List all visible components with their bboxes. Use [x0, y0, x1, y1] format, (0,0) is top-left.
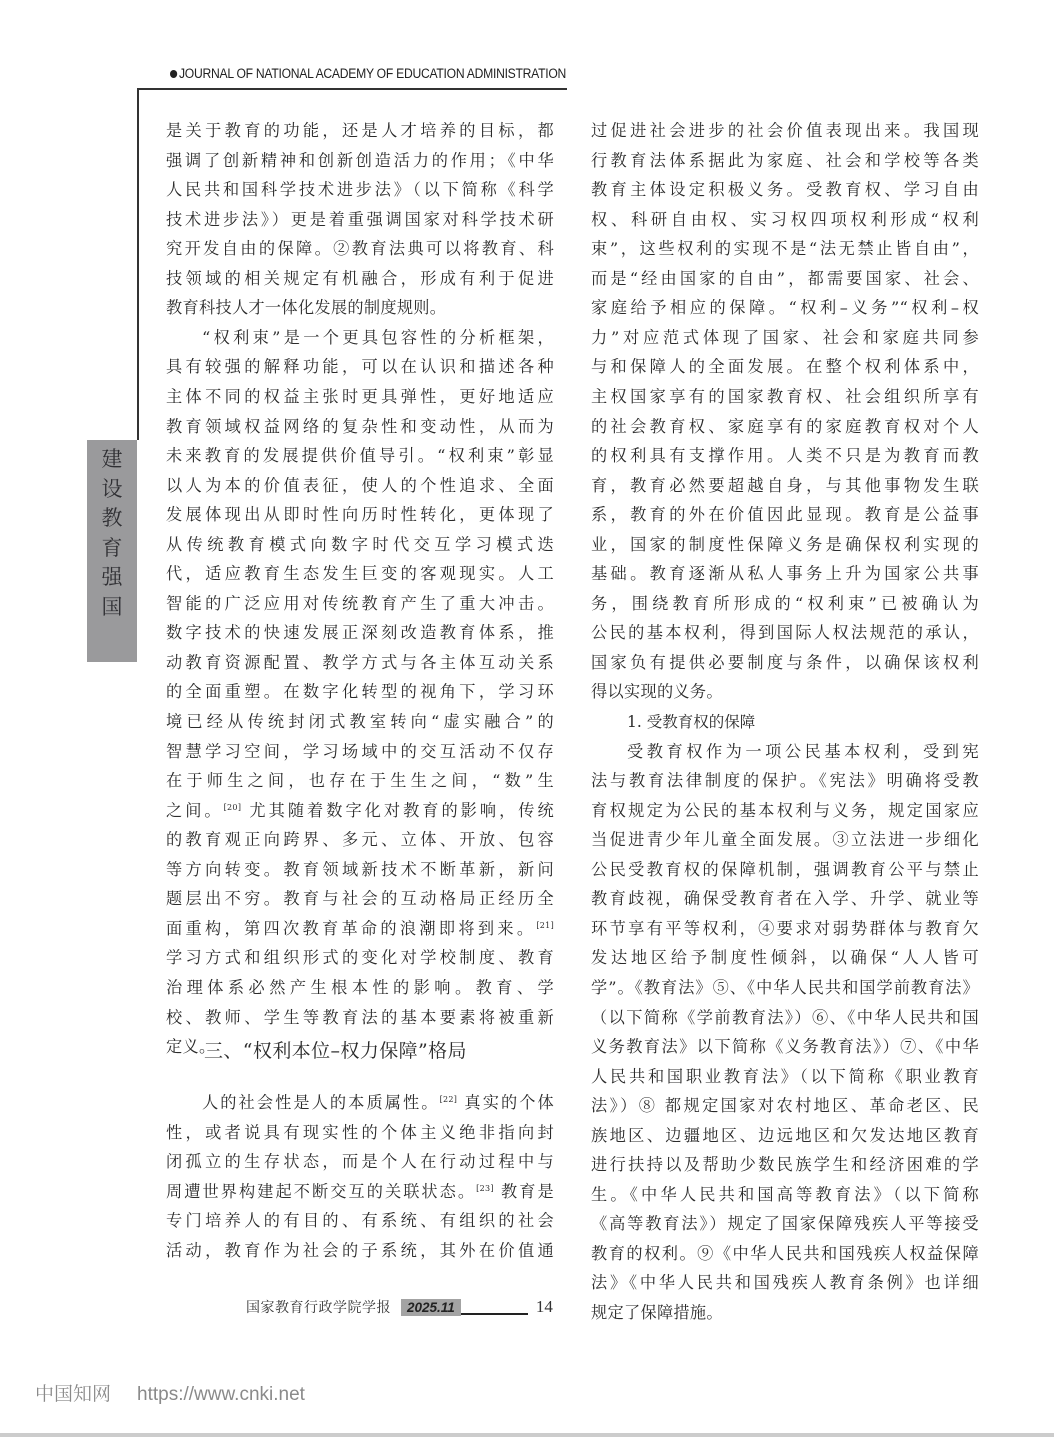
text-line: 教育科技人才一体化发展的制度规则。 [166, 295, 554, 321]
text-line: 义务教育法》以下简称《义务教育法》）⑦、《中华 [591, 1034, 979, 1060]
text-line: 从传统教育模式向数字时代交互学习模式迭 [166, 532, 554, 558]
text-line: 校、教师、学生等教育法的基本要素将被重新 [166, 1005, 554, 1031]
text-line: 育权规定为公民的基本权利与义务，规定国家应 [591, 798, 979, 824]
text-line: 权、科研自由权、实习权四项权利形成“权利 [591, 207, 979, 233]
text-line: 学”。《教育法》⑤、《中华人民共和国学前教育法》 [591, 975, 979, 1001]
text-line: 究开发自由的保障。②教育法典可以将教育、科 [166, 236, 554, 262]
text-line: 闭孤立的生存状态，而是个人在行动过程中与 [166, 1149, 554, 1175]
text-line: 等方向转变。教育领域新技术不断革新，新问 [166, 857, 554, 883]
text-line: 法》《中华人民共和国残疾人教育条例》也详细 [591, 1270, 979, 1296]
citation-ref[interactable]: [21] [536, 921, 554, 930]
side-tab-char: 强 [102, 563, 123, 593]
text-line: 面重构，第四次教育革命的浪潮即将到来。[21] [166, 916, 554, 942]
text-line: 基础。教育逐渐从私人事务上升为国家公共事 [591, 561, 979, 587]
text-line: 性，或者说具有现实性的个体主义绝非指向封 [166, 1120, 554, 1146]
text-line: 智慧学习空间，学习场域中的交互活动不仅存 [166, 739, 554, 765]
text-line: 代，适应教育生态发生巨变的客观现实。人工 [166, 561, 554, 587]
text-line: 《高等教育法》）规定了国家保障残疾人平等接受 [591, 1211, 979, 1237]
bullet-icon [170, 70, 177, 78]
text-line: 国家负有提供必要制度与条件，以确保该权利 [591, 650, 979, 676]
text-line: 活动，教育作为社会的子系统，其外在价值通 [166, 1238, 554, 1264]
text-line: 发展体现出从即时性向历时性转化，更体现了 [166, 502, 554, 528]
text-line: 主权国家享有的国家教育权、社会组织所享有 [591, 384, 979, 410]
section-heading: 三、“权利本位–权力保障”格局 [204, 1036, 467, 1063]
text-line: 未来教育的发展提供价值导引。“权利束”彰显 [166, 443, 554, 469]
text-line: 之间。[20] 尤其随着数字化对教育的影响，传统 [166, 798, 554, 824]
text-line: 技领域的相关规定有机融合，形成有利于促进 [166, 266, 554, 292]
text-line: 发达地区给予制度性倾斜，以确保“人人皆可 [591, 945, 979, 971]
text-line: 治理体系必然产生根本性的影响。教育、学 [166, 975, 554, 1001]
sub-heading: 1. 受教育权的保障 [627, 709, 979, 735]
text-line: 系，教育的外在价值因此显现。教育是公益事 [591, 502, 979, 528]
text-line: 教育主体设定积极义务。受教育权、学习自由 [591, 177, 979, 203]
text-line: 与和保障人的全面发展。在整个权利体系中， [591, 354, 979, 380]
text-line: 业，国家的制度性保障义务是确保权利实现的 [591, 532, 979, 558]
text-line: 进行扶持以及帮助少数民族学生和经济困难的学 [591, 1152, 979, 1178]
side-tab-char: 建 [102, 445, 123, 475]
text-line: 动教育资源配置、教学方式与各主体互动关系 [166, 650, 554, 676]
page-footer: 国家教育行政学院学报 2025.11 14 [246, 1296, 553, 1318]
text-line: 主体不同的权益主张时更具弹性，更好地适应 [166, 384, 554, 410]
cnki-watermark: 中国知网https://www.cnki.net [35, 1379, 305, 1406]
text-line: 的全面重塑。在数字化转型的视角下，学习环 [166, 679, 554, 705]
citation-ref[interactable]: [20] [224, 803, 242, 812]
text-line: 教育的权利。⑨《中华人民共和国残疾人权益保障 [591, 1241, 979, 1267]
text-line: 专门培养人的有目的、有系统、有组织的社会 [166, 1208, 554, 1234]
text-line: 法》）⑧ 都规定国家对农村地区、革命老区、民 [591, 1093, 979, 1119]
viewer-bottom-bar [0, 1433, 1054, 1437]
text-line: 务，围绕教育所形成的“权利束”已被确认为 [591, 591, 979, 617]
text-line: 族地区、边疆地区、边远地区和欠发达地区教育 [591, 1123, 979, 1149]
text-line: 束”，这些权利的实现不是“法无禁止皆自由”， [591, 236, 979, 262]
text-line: 育，教育必然要超越自身，与其他事物发生联 [591, 473, 979, 499]
journal-title: JOURNAL OF NATIONAL ACADEMY OF EDUCATION… [179, 66, 566, 81]
text-line: 以人为本的价值表征，使人的个性追求、全面 [166, 473, 554, 499]
text-line: 是关于教育的功能，还是人才培养的目标，都 [166, 118, 554, 144]
side-tab-char: 设 [102, 475, 123, 505]
text-line: 的社会教育权、家庭享有的家庭教育权对个人 [591, 414, 979, 440]
text-line: 受教育权作为一项公民基本权利，受到宪 [591, 739, 979, 765]
footer-journal-name: 国家教育行政学院学报 [246, 1297, 391, 1317]
text-line: 过促进社会进步的社会价值表现出来。我国现 [591, 118, 979, 144]
text-line: 人的社会性是人的本质属性。[22] 真实的个体 [166, 1090, 554, 1116]
side-tab-char: 教 [102, 504, 123, 534]
text-line: 家庭给予相应的保障。“权利–义务”“权利–权 [591, 295, 979, 321]
side-tab-char: 国 [102, 593, 123, 623]
text-line: 周遭世界构建起不断交互的关联状态。[23] 教育是 [166, 1179, 554, 1205]
text-line: 公民受教育权的保障机制，强调教育公平与禁止 [591, 857, 979, 883]
watermark-site-name: 中国知网 [35, 1383, 111, 1405]
text-line: 当促进青少年儿童全面发展。③立法进一步细化 [591, 827, 979, 853]
text-line: 环节享有平等权利，④要求对弱势群体与教育欠 [591, 916, 979, 942]
citation-ref[interactable]: [22] [440, 1095, 458, 1104]
text-line: 行教育法体系据此为家庭、社会和学校等各类 [591, 148, 979, 174]
text-line: 人民共和国职业教育法》（以下简称《职业教育 [591, 1064, 979, 1090]
page-number: 14 [536, 1297, 553, 1317]
margin-rule [137, 88, 139, 440]
watermark-url[interactable]: https://www.cnki.net [137, 1384, 305, 1405]
text-line: 数字技术的快速发展正深刻改造教育体系，推 [166, 620, 554, 646]
footer-issue-badge: 2025.11 [401, 1299, 461, 1316]
text-line: 人民共和国科学技术进步法》（以下简称《科学 [166, 177, 554, 203]
text-line: 在于师生之间，也存在于生生之间，“数”生 [166, 768, 554, 794]
text-line: 智能的广泛应用对传统教育产生了重大冲击。 [166, 591, 554, 617]
side-tab-char: 育 [102, 534, 123, 564]
text-line: 的权利具有支撑作用。人类不只是为教育而教 [591, 443, 979, 469]
text-line: 教育歧视，确保受教育者在入学、升学、就业等 [591, 886, 979, 912]
header-rule [137, 88, 567, 90]
text-line: 题层出不穷。教育与社会的互动格局正经历全 [166, 886, 554, 912]
journal-header: JOURNAL OF NATIONAL ACADEMY OF EDUCATION… [170, 66, 566, 81]
text-line: 力”对应范式体现了国家、社会和家庭共同参 [591, 325, 979, 351]
text-line: 公民的基本权利，得到国际人权法规范的承认， [591, 620, 979, 646]
footer-rule [461, 1313, 528, 1315]
text-line: “权利束”是一个更具包容性的分析框架， [166, 325, 554, 351]
text-line: 而是“经由国家的自由”，都需要国家、社会、 [591, 266, 979, 292]
text-line: （以下简称《学前教育法》）⑥、《中华人民共和国 [591, 1005, 979, 1031]
side-tab-label: 建设教育强国 [87, 445, 137, 622]
text-line: 生。《中华人民共和国高等教育法》（以下简称 [591, 1182, 979, 1208]
text-line: 境已经从传统封闭式教室转向“虚实融合”的 [166, 709, 554, 735]
text-line: 得以实现的义务。 [591, 679, 979, 705]
text-line: 学习方式和组织形式的变化对学校制度、教育 [166, 945, 554, 971]
text-line: 具有较强的解释功能，可以在认识和描述各种 [166, 354, 554, 380]
text-line: 技术进步法》）更是着重强调国家对科学技术研 [166, 207, 554, 233]
citation-ref[interactable]: [23] [476, 1184, 494, 1193]
text-line: 强调了创新精神和创新创造活力的作用；《中华 [166, 148, 554, 174]
text-line: 法与教育法律制度的保护。《宪法》明确将受教 [591, 768, 979, 794]
text-line: 教育领域权益网络的复杂性和变动性，从而为 [166, 414, 554, 440]
section-side-tab: 建设教育强国 [87, 440, 137, 662]
text-line: 的教育观正向跨界、多元、立体、开放、包容 [166, 827, 554, 853]
text-line: 规定了保障措施。 [591, 1300, 979, 1326]
